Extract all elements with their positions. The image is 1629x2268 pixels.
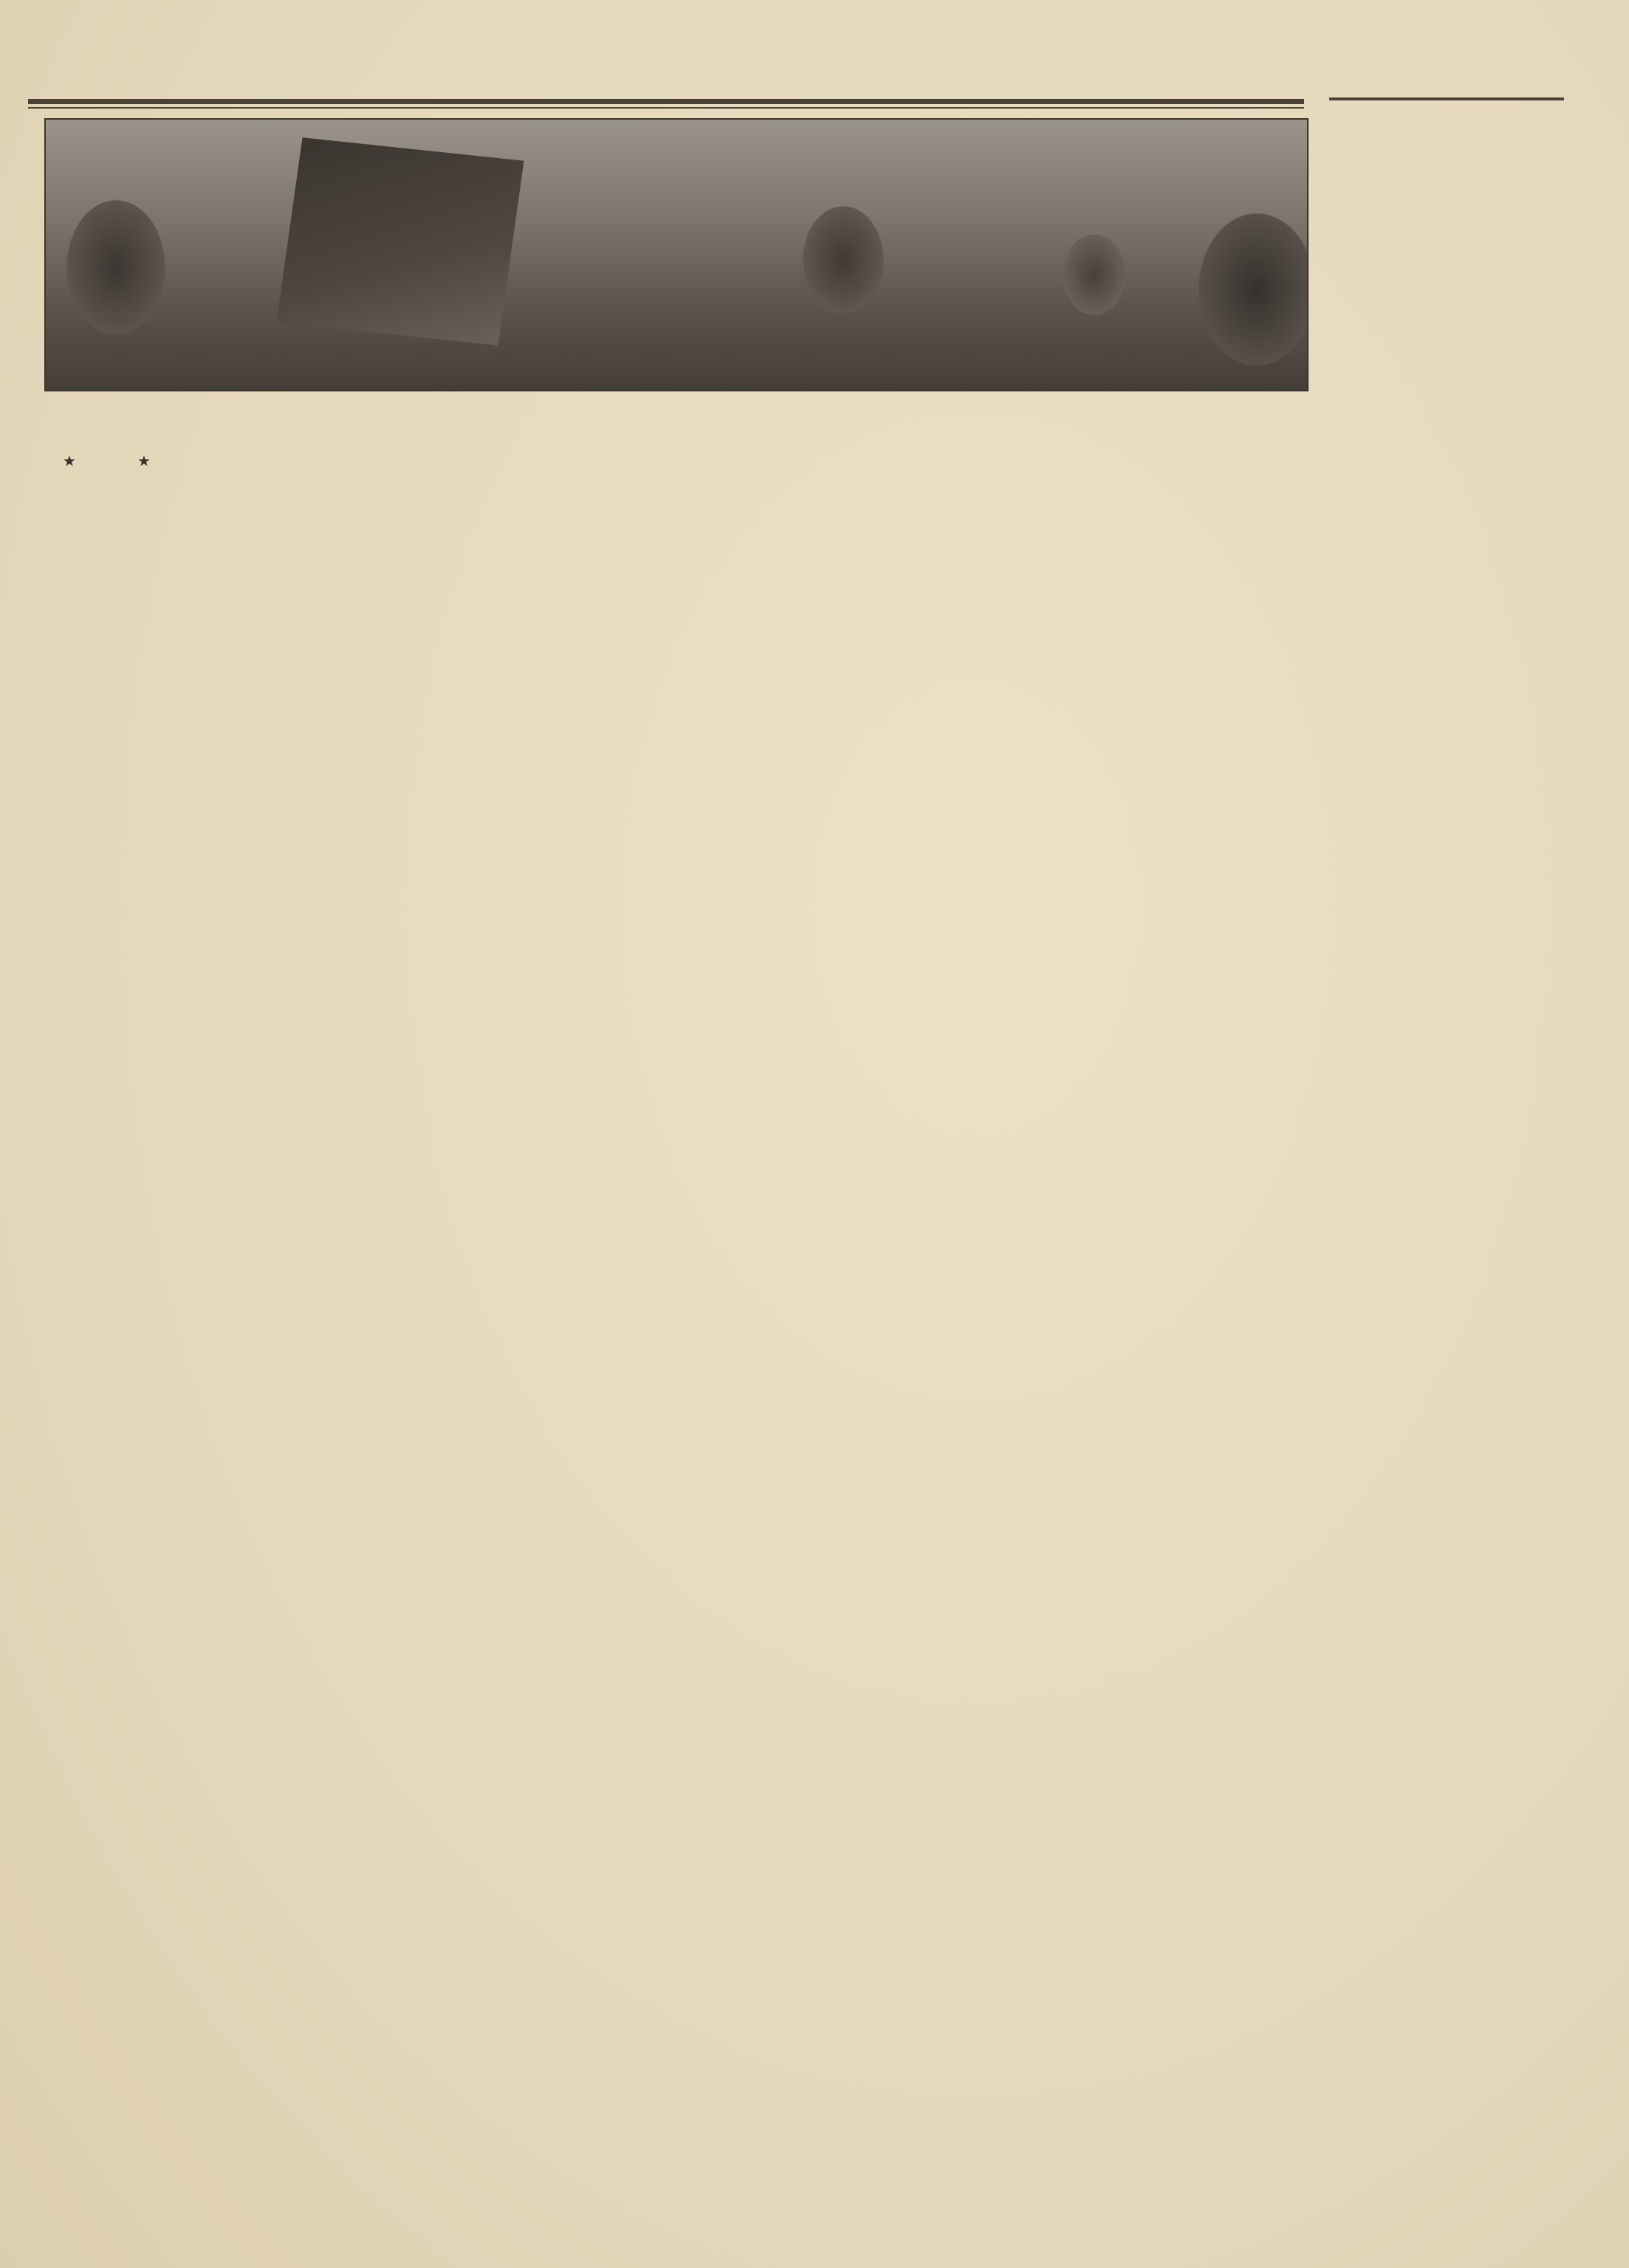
masthead-rule-thick bbox=[28, 99, 1304, 104]
star-icon: ★ bbox=[63, 452, 76, 470]
masthead-rule-right bbox=[1329, 97, 1564, 100]
newspaper-page: ★ ★ ★ ★ ★ ★ ★ ★ ★ ★ ★ ★ ★ ★ ★ ★ ★ ★ ★ ★ … bbox=[0, 0, 1629, 2268]
masthead-rule-thin bbox=[28, 107, 1304, 109]
banner-flag bbox=[276, 137, 524, 346]
star-icon: ★ bbox=[137, 452, 151, 470]
photo-banner bbox=[44, 118, 1309, 391]
